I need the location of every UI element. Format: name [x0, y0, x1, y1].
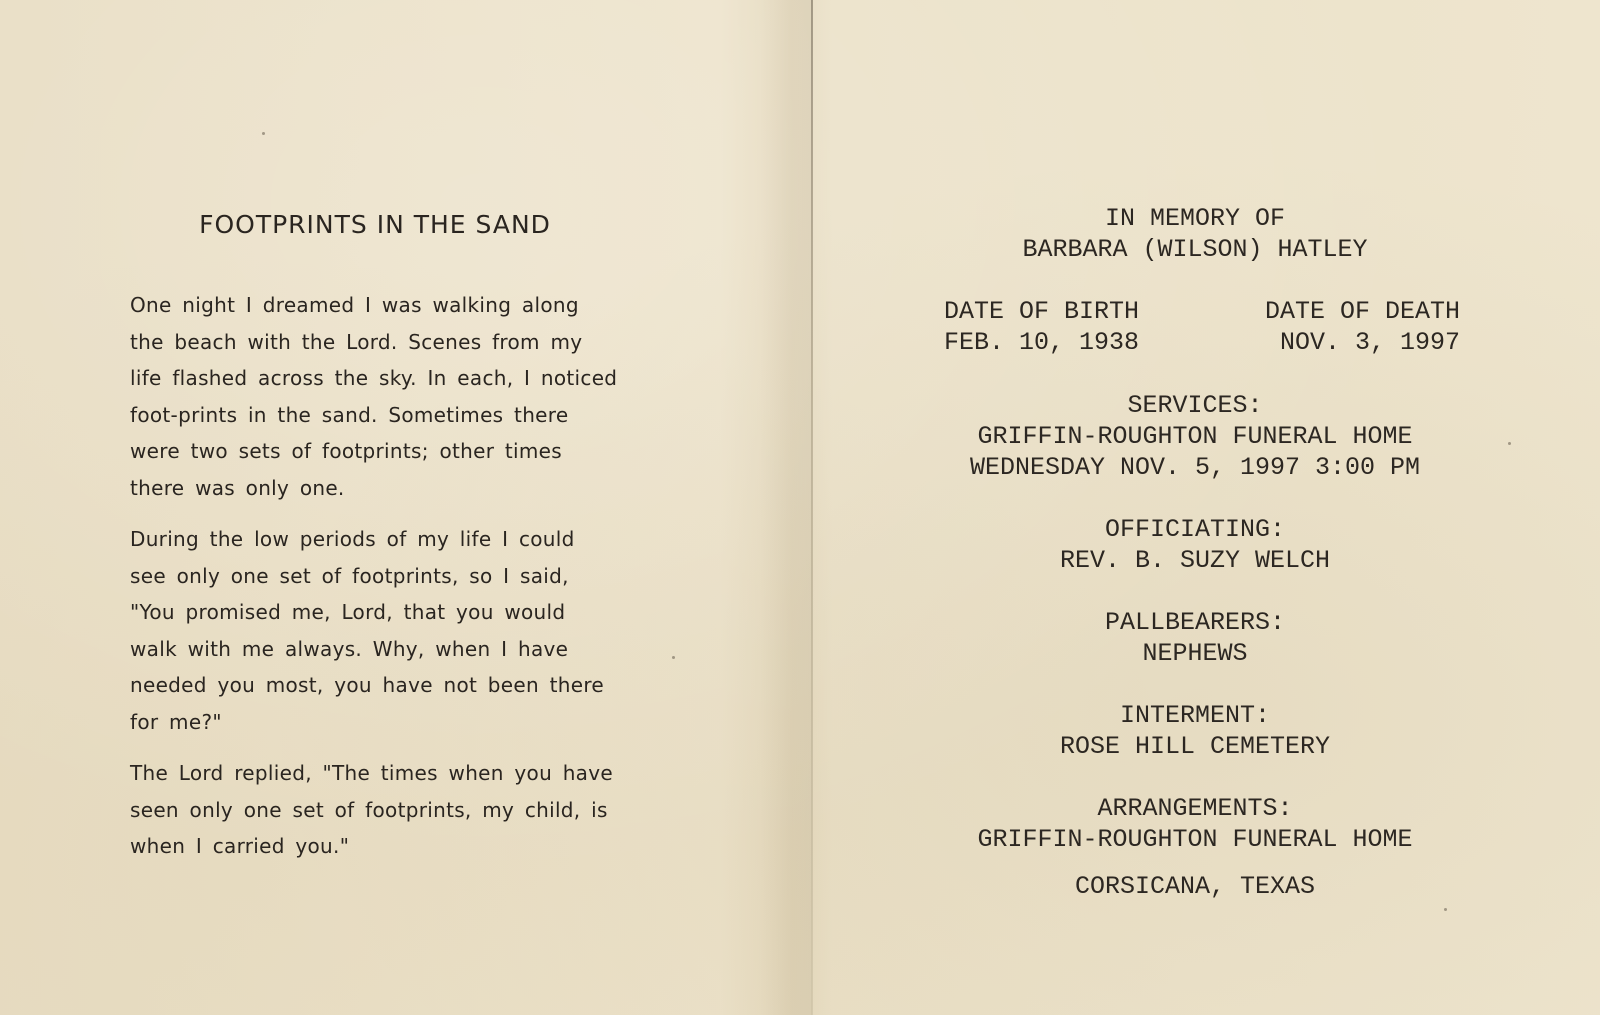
memorial-header: IN MEMORY OF BARBARA (WILSON) HATLEY [900, 203, 1490, 265]
birth-date-column: DATE OF BIRTH FEB. 10, 1938 [944, 296, 1139, 358]
birth-date-value: FEB. 10, 1938 [944, 327, 1139, 358]
pallbearers-label: PALLBEARERS: [900, 607, 1490, 638]
services-section: SERVICES: GRIFFIN-ROUGHTON FUNERAL HOME … [900, 390, 1490, 483]
poem-paragraph-2: During the low periods of my life I coul… [120, 521, 620, 740]
services-label: SERVICES: [900, 390, 1490, 421]
death-date-column: DATE OF DEATH NOV. 3, 1997 [1265, 296, 1460, 358]
arrangements-value: GRIFFIN-ROUGHTON FUNERAL HOME [900, 824, 1490, 855]
services-location: GRIFFIN-ROUGHTON FUNERAL HOME [900, 421, 1490, 452]
paper-speck [262, 132, 265, 135]
fold-shadow [760, 0, 812, 1015]
interment-section: INTERMENT: ROSE HILL CEMETERY [900, 700, 1490, 762]
deceased-name: BARBARA (WILSON) HATLEY [900, 234, 1490, 265]
officiating-section: OFFICIATING: REV. B. SUZY WELCH [900, 514, 1490, 576]
pallbearers-value: NEPHEWS [900, 638, 1490, 669]
left-page-poem: FOOTPRINTS IN THE SAND One night I dream… [120, 200, 620, 880]
paper-sheet: FOOTPRINTS IN THE SAND One night I dream… [0, 0, 1600, 1015]
officiating-label: OFFICIATING: [900, 514, 1490, 545]
center-fold-line [811, 0, 813, 1015]
right-page-memorial: IN MEMORY OF BARBARA (WILSON) HATLEY DAT… [900, 203, 1490, 902]
death-date-value: NOV. 3, 1997 [1265, 327, 1460, 358]
poem-title: FOOTPRINTS IN THE SAND [120, 210, 620, 239]
death-date-label: DATE OF DEATH [1265, 296, 1460, 327]
birth-date-label: DATE OF BIRTH [944, 296, 1139, 327]
poem-paragraph-3: The Lord replied, "The times when you ha… [120, 755, 620, 865]
interment-label: INTERMENT: [900, 700, 1490, 731]
pallbearers-section: PALLBEARERS: NEPHEWS [900, 607, 1490, 669]
arrangements-label: ARRANGEMENTS: [900, 793, 1490, 824]
interment-value: ROSE HILL CEMETERY [900, 731, 1490, 762]
dates-row: DATE OF BIRTH FEB. 10, 1938 DATE OF DEAT… [900, 296, 1490, 358]
city-state: CORSICANA, TEXAS [900, 871, 1490, 902]
paper-speck [1508, 442, 1511, 445]
officiating-value: REV. B. SUZY WELCH [900, 545, 1490, 576]
in-memory-of-heading: IN MEMORY OF [900, 203, 1490, 234]
paper-speck [672, 656, 675, 659]
poem-paragraph-1: One night I dreamed I was walking along … [120, 287, 620, 506]
arrangements-section: ARRANGEMENTS: GRIFFIN-ROUGHTON FUNERAL H… [900, 793, 1490, 855]
services-datetime: WEDNESDAY NOV. 5, 1997 3:00 PM [900, 452, 1490, 483]
paper-speck [1444, 908, 1447, 911]
